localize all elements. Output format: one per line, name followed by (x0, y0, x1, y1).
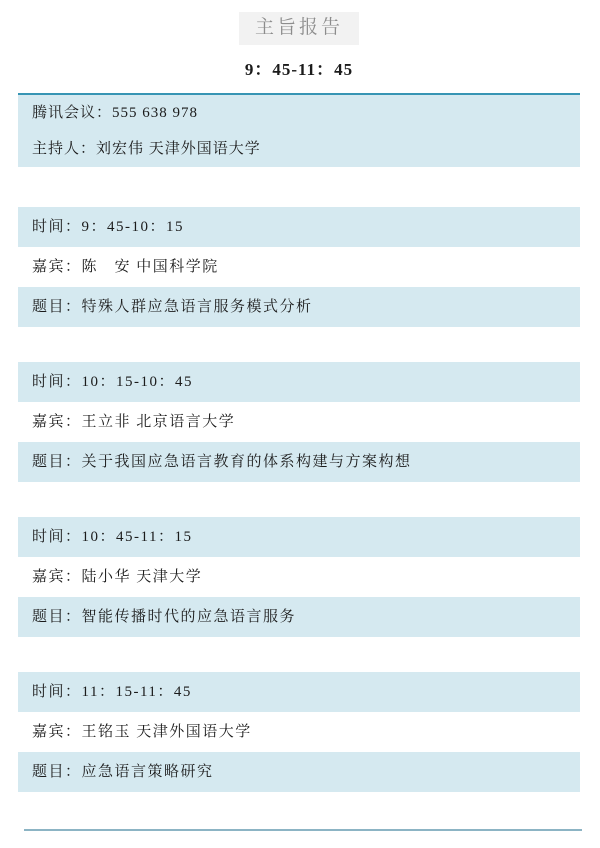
session-guest-row: 嘉宾：陆小华 天津大学 (18, 557, 580, 597)
title-row: 主旨报告 (18, 0, 580, 45)
session-time-row: 时间：10：45-11：15 (18, 517, 580, 557)
meeting-id-line: 腾讯会议：555 638 978 (32, 95, 566, 131)
session-topic-row: 题目：应急语言策略研究 (18, 752, 580, 792)
session-block-2: 时间：10：15-10：45 嘉宾：王立非 北京语言大学 题目：关于我国应急语言… (18, 362, 580, 482)
session-topic-row: 题目：智能传播时代的应急语言服务 (18, 597, 580, 637)
session-guest-row: 嘉宾：王铭玉 天津外国语大学 (18, 712, 580, 752)
meeting-info-box: 腾讯会议：555 638 978 主持人：刘宏伟 天津外国语大学 (18, 93, 580, 167)
session-block-1: 时间：9：45-10：15 嘉宾：陈 安 中国科学院 题目：特殊人群应急语言服务… (18, 207, 580, 327)
session-time-row: 时间：11：15-11：45 (18, 672, 580, 712)
page-title: 主旨报告 (239, 12, 359, 45)
session-block-4: 时间：11：15-11：45 嘉宾：王铭玉 天津外国语大学 题目：应急语言策略研… (18, 672, 580, 792)
time-range-heading: 9：45-11：45 (18, 60, 580, 80)
session-topic-row: 题目：特殊人群应急语言服务模式分析 (18, 287, 580, 327)
document-page: 主旨报告 9：45-11：45 腾讯会议：555 638 978 主持人：刘宏伟… (18, 0, 580, 831)
session-time-row: 时间：10：15-10：45 (18, 362, 580, 402)
bottom-divider (24, 829, 582, 831)
session-time-row: 时间：9：45-10：15 (18, 207, 580, 247)
session-guest-row: 嘉宾：王立非 北京语言大学 (18, 402, 580, 442)
session-block-3: 时间：10：45-11：15 嘉宾：陆小华 天津大学 题目：智能传播时代的应急语… (18, 517, 580, 637)
session-topic-row: 题目：关于我国应急语言教育的体系构建与方案构想 (18, 442, 580, 482)
host-line: 主持人：刘宏伟 天津外国语大学 (32, 131, 566, 167)
session-guest-row: 嘉宾：陈 安 中国科学院 (18, 247, 580, 287)
